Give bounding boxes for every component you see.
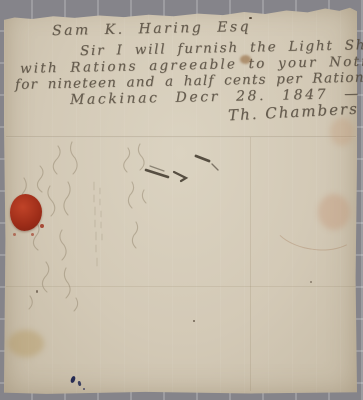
paper-stain-right (318, 194, 350, 230)
ink-smudge (140, 148, 230, 190)
wax-splatter (40, 224, 44, 228)
paper-speck (310, 281, 312, 283)
bleedthrough-writing (10, 138, 160, 323)
photo-backdrop: Sam K. Haring Esq Sir I will furnish the… (0, 0, 363, 400)
paper-speck (249, 17, 252, 19)
paper-speck (36, 290, 38, 293)
blue-ink-mark (83, 388, 85, 390)
wax-splatter (13, 233, 16, 236)
paper-stain-top-center (240, 55, 251, 64)
paper-stain-bottom-left (8, 330, 44, 357)
paper-stain-right-upper (330, 118, 354, 146)
paper-speck (193, 320, 195, 322)
wax-splatter (31, 233, 34, 236)
